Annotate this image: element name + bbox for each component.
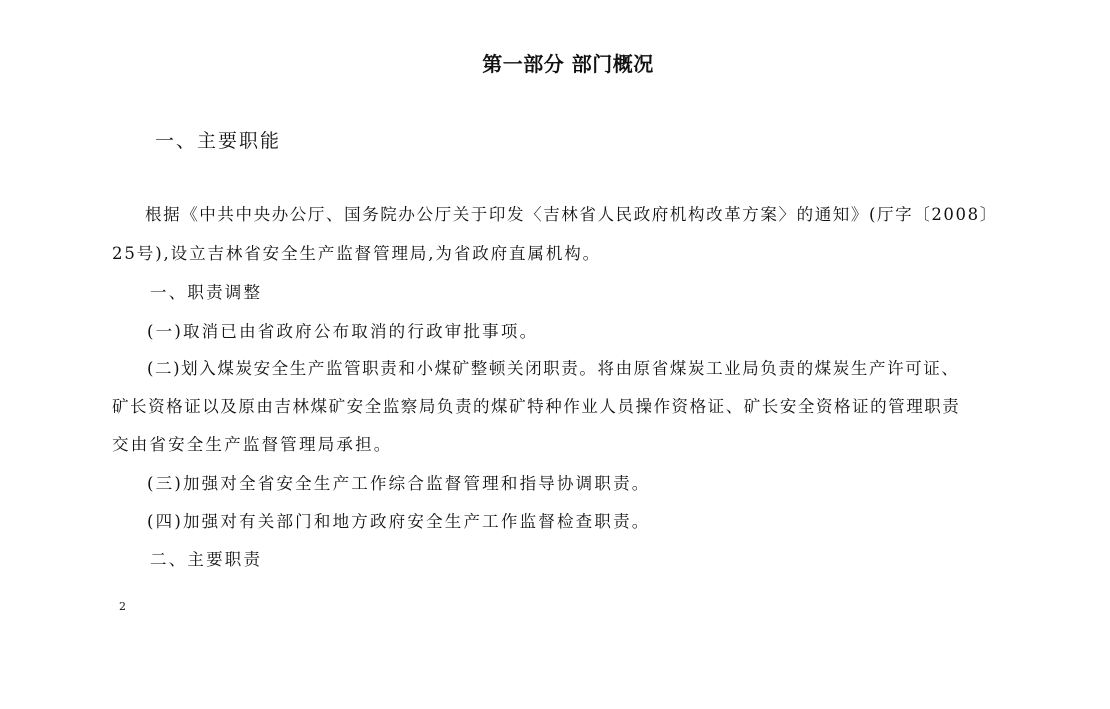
paragraph-line: (三)加强对全省安全生产工作综合监督管理和指导协调职责。	[147, 472, 650, 496]
document-page: 第一部分 部门概况 一、主要职能 根据《中共中央办公厅、国务院办公厅关于印发〈吉…	[0, 0, 1110, 709]
page-number: 2	[119, 600, 126, 613]
paragraph-line: 交由省安全生产监督管理局承担。	[112, 433, 393, 457]
paragraph-line: 矿长资格证以及原由吉林煤矿安全监察局负责的煤矿特种作业人员操作资格证、矿长安全资…	[112, 395, 960, 419]
paragraph-line: (四)加强对有关部门和地方政府安全生产工作监督检查职责。	[147, 510, 650, 534]
subheading-line: 二、主要职责	[150, 548, 262, 572]
paragraph-line: (一)取消已由省政府公布取消的行政审批事项。	[147, 320, 538, 344]
page-title: 第一部分 部门概况	[0, 48, 1110, 77]
paragraph-line: 根据《中共中央办公厅、国务院办公厅关于印发〈吉林省人民政府机构改革方案〉的通知》…	[145, 203, 998, 227]
paragraph-line: (二)划入煤炭安全生产监管职责和小煤矿整顿关闭职责。将由原省煤炭工业局负责的煤炭…	[147, 357, 959, 381]
subheading-line: 一、职责调整	[150, 281, 262, 305]
section-heading: 一、主要职能	[155, 126, 281, 153]
paragraph-line: 25号),设立吉林省安全生产监督管理局,为省政府直属机构。	[112, 242, 601, 266]
